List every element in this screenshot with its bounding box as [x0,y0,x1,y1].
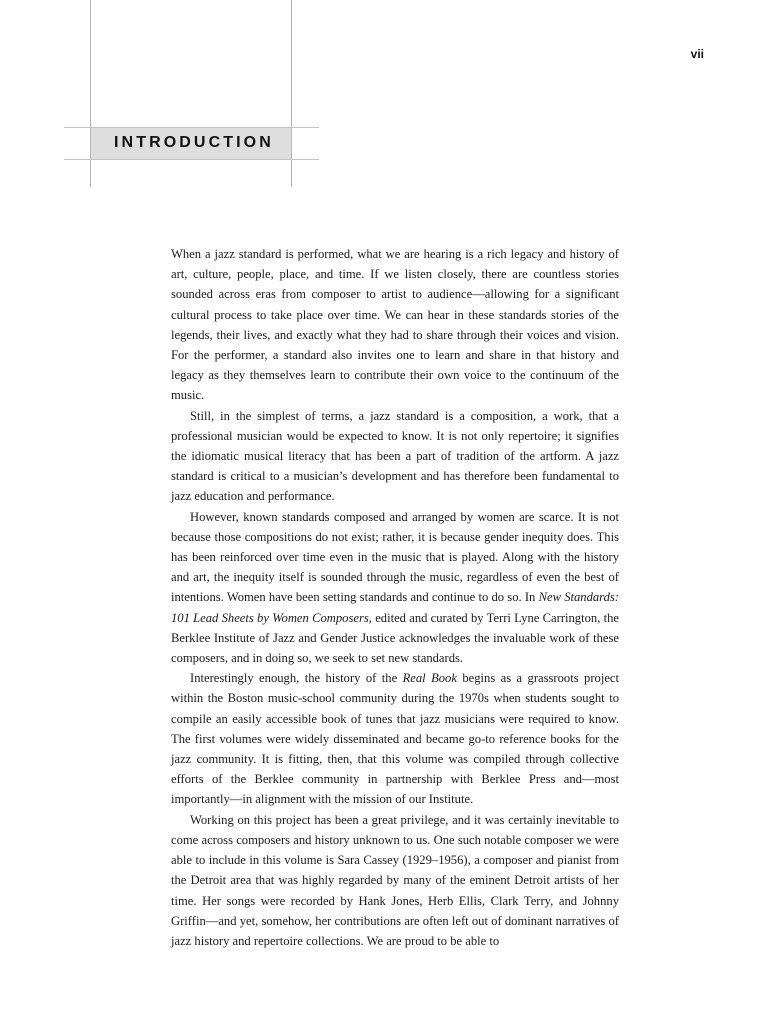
section-title: INTRODUCTION [114,133,274,153]
body-text: When a jazz standard is performed, what … [171,244,619,951]
paragraph-4: Interestingly enough, the history of the… [171,668,619,809]
paragraph-1: When a jazz standard is performed, what … [171,244,619,406]
paragraph-2: Still, in the simplest of terms, a jazz … [171,406,619,507]
rule-bottom [64,159,319,160]
page-number: vii [691,47,704,61]
book-title-real-book: Real Book [403,671,457,685]
paragraph-3: However, known standards composed and ar… [171,507,619,669]
paragraph-5: Working on this project has been a great… [171,810,619,951]
paragraph-4-text-b: begins as a grassroots project within th… [171,671,619,806]
paragraph-4-text-a: Interestingly enough, the history of the [190,671,403,685]
